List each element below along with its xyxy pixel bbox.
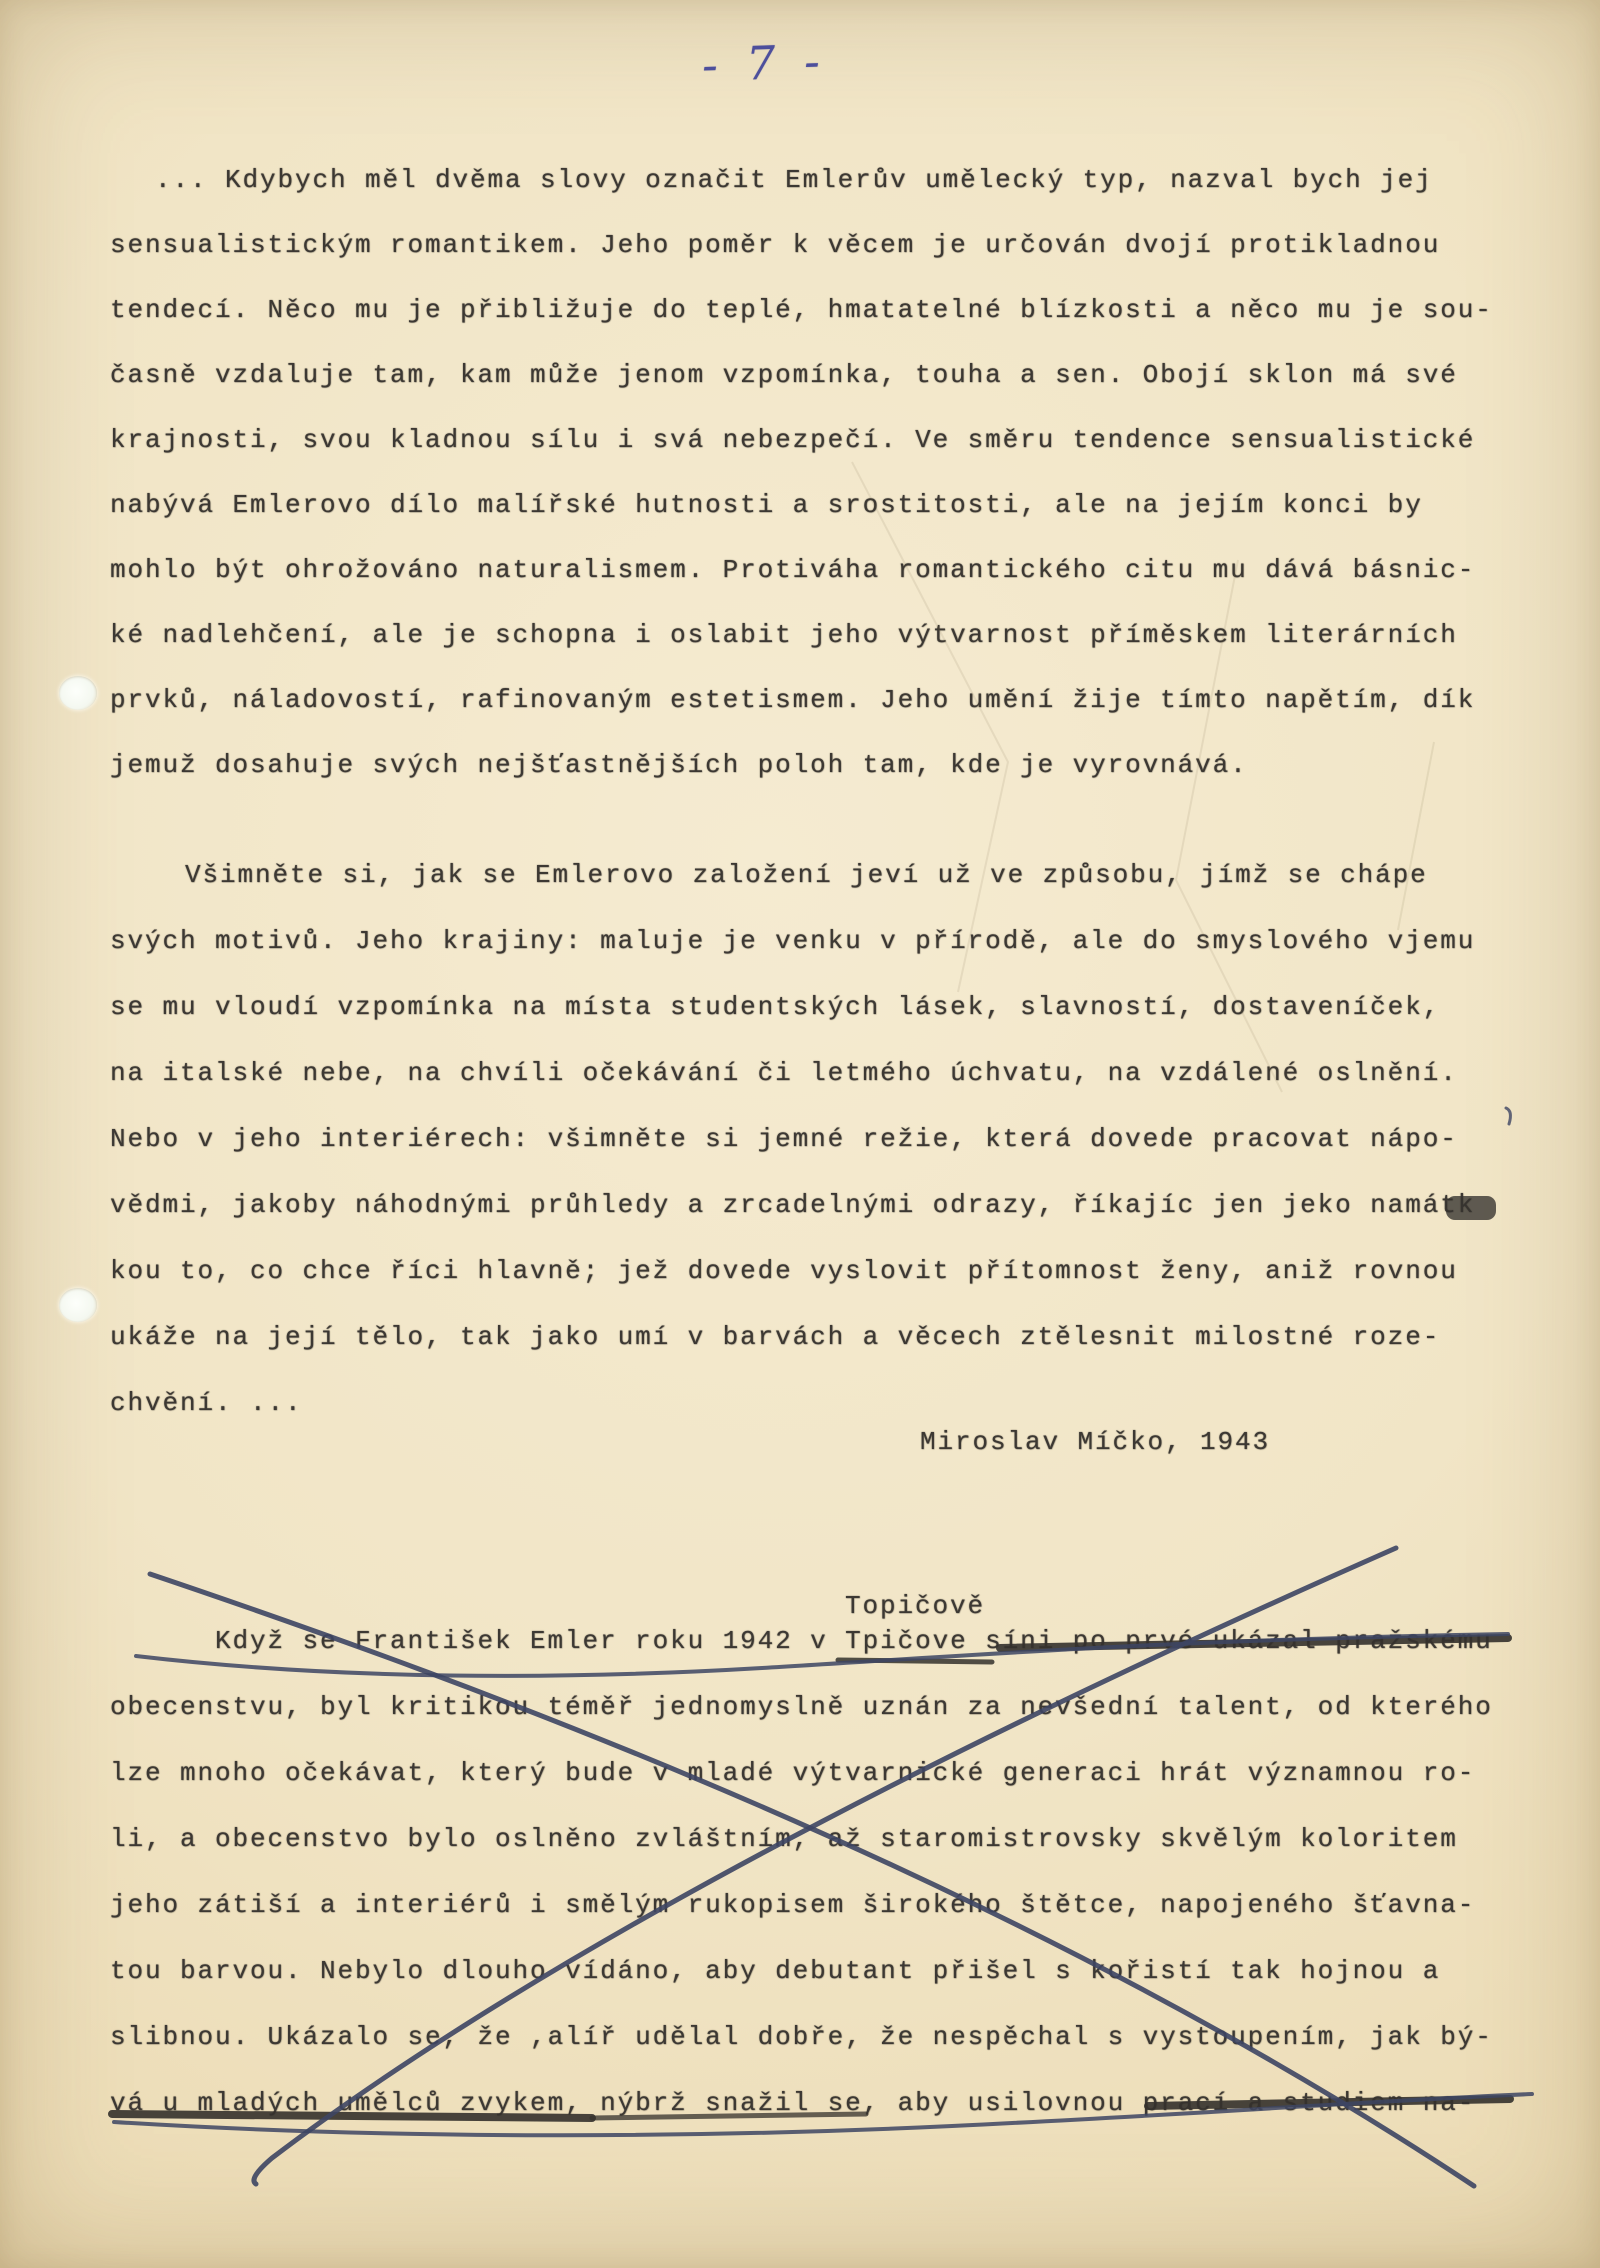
typed-line: Nebo v jeho interiérech: všimněte si jem… — [110, 1106, 1530, 1172]
typed-line: tendecí. Něco mu je přibližuje do teplé,… — [110, 278, 1530, 343]
typed-line: ukáže na její tělo, tak jako umí v barvá… — [110, 1304, 1530, 1370]
typed-line: časně vzdaluje tam, kam může jenom vzpom… — [110, 343, 1530, 408]
typed-line: kou to, co chce říci hlavně; jež dovede … — [110, 1238, 1530, 1304]
typed-line: ké nadlehčení, ale je schopna i oslabit … — [110, 603, 1530, 668]
typed-line: obecenstvu, byl kritikou téměř jednomysl… — [110, 1674, 1530, 1740]
typed-line: svých motivů. Jeho krajiny: maluje je ve… — [110, 908, 1530, 974]
typed-line: ... Kdybych měl dvěma slovy označit Emle… — [110, 148, 1530, 213]
typed-line: Když se František Emler roku 1942 v Tpič… — [110, 1608, 1530, 1674]
typed-line: na italské nebe, na chvíli očekávání či … — [110, 1040, 1530, 1106]
typed-line: nabývá Emlerovo dílo malířské hutnosti a… — [110, 473, 1530, 538]
typed-line: Všimněte si, jak se Emlerovo založení je… — [110, 842, 1530, 908]
typed-line: jeho zátiší a interiérů i smělým rukopis… — [110, 1872, 1530, 1938]
typewritten-page: { "page": { "number_label": "- 7 -" }, "… — [0, 0, 1600, 2268]
typed-line: tou barvou. Nebylo dlouho vídáno, aby de… — [110, 1938, 1530, 2004]
typed-line: vědmi, jakoby náhodnými průhledy a zrcad… — [110, 1172, 1530, 1238]
typed-line: mohlo být ohrožováno naturalismem. Proti… — [110, 538, 1530, 603]
typed-line: vá u mladých umělců zvykem, nýbrž snažil… — [110, 2070, 1530, 2136]
crossed-out-paragraph: Když se František Emler roku 1942 v Tpič… — [110, 1608, 1530, 2136]
typed-line: sensualistickým romantikem. Jeho poměr k… — [110, 213, 1530, 278]
typed-line: lze mnoho očekávat, který bude v mladé v… — [110, 1740, 1530, 1806]
typed-line: jemuž dosahuje svých nejšťastnějších pol… — [110, 733, 1530, 798]
typed-line: krajnosti, svou kladnou sílu i svá nebez… — [110, 408, 1530, 473]
typed-line: chvění. ... — [110, 1370, 1530, 1436]
punch-hole-top — [59, 676, 97, 710]
handwritten-page-number: - 7 - — [701, 34, 827, 92]
typed-line: prvků, náladovostí, rafinovaným estetism… — [110, 668, 1530, 733]
quote-paragraph-1: ... Kdybych měl dvěma slovy označit Emle… — [110, 148, 1530, 798]
attribution: Miroslav Míčko, 1943 — [920, 1412, 1270, 1472]
punch-hole-bottom — [59, 1288, 97, 1322]
typed-line: slibnou. Ukázalo se, že ,alíř udělal dob… — [110, 2004, 1530, 2070]
quote-paragraph-2: Všimněte si, jak se Emlerovo založení je… — [110, 842, 1530, 1436]
typed-line: se mu vloudí vzpomínka na místa students… — [110, 974, 1530, 1040]
typed-line: li, a obecenstvo bylo oslněno zvláštním,… — [110, 1806, 1530, 1872]
